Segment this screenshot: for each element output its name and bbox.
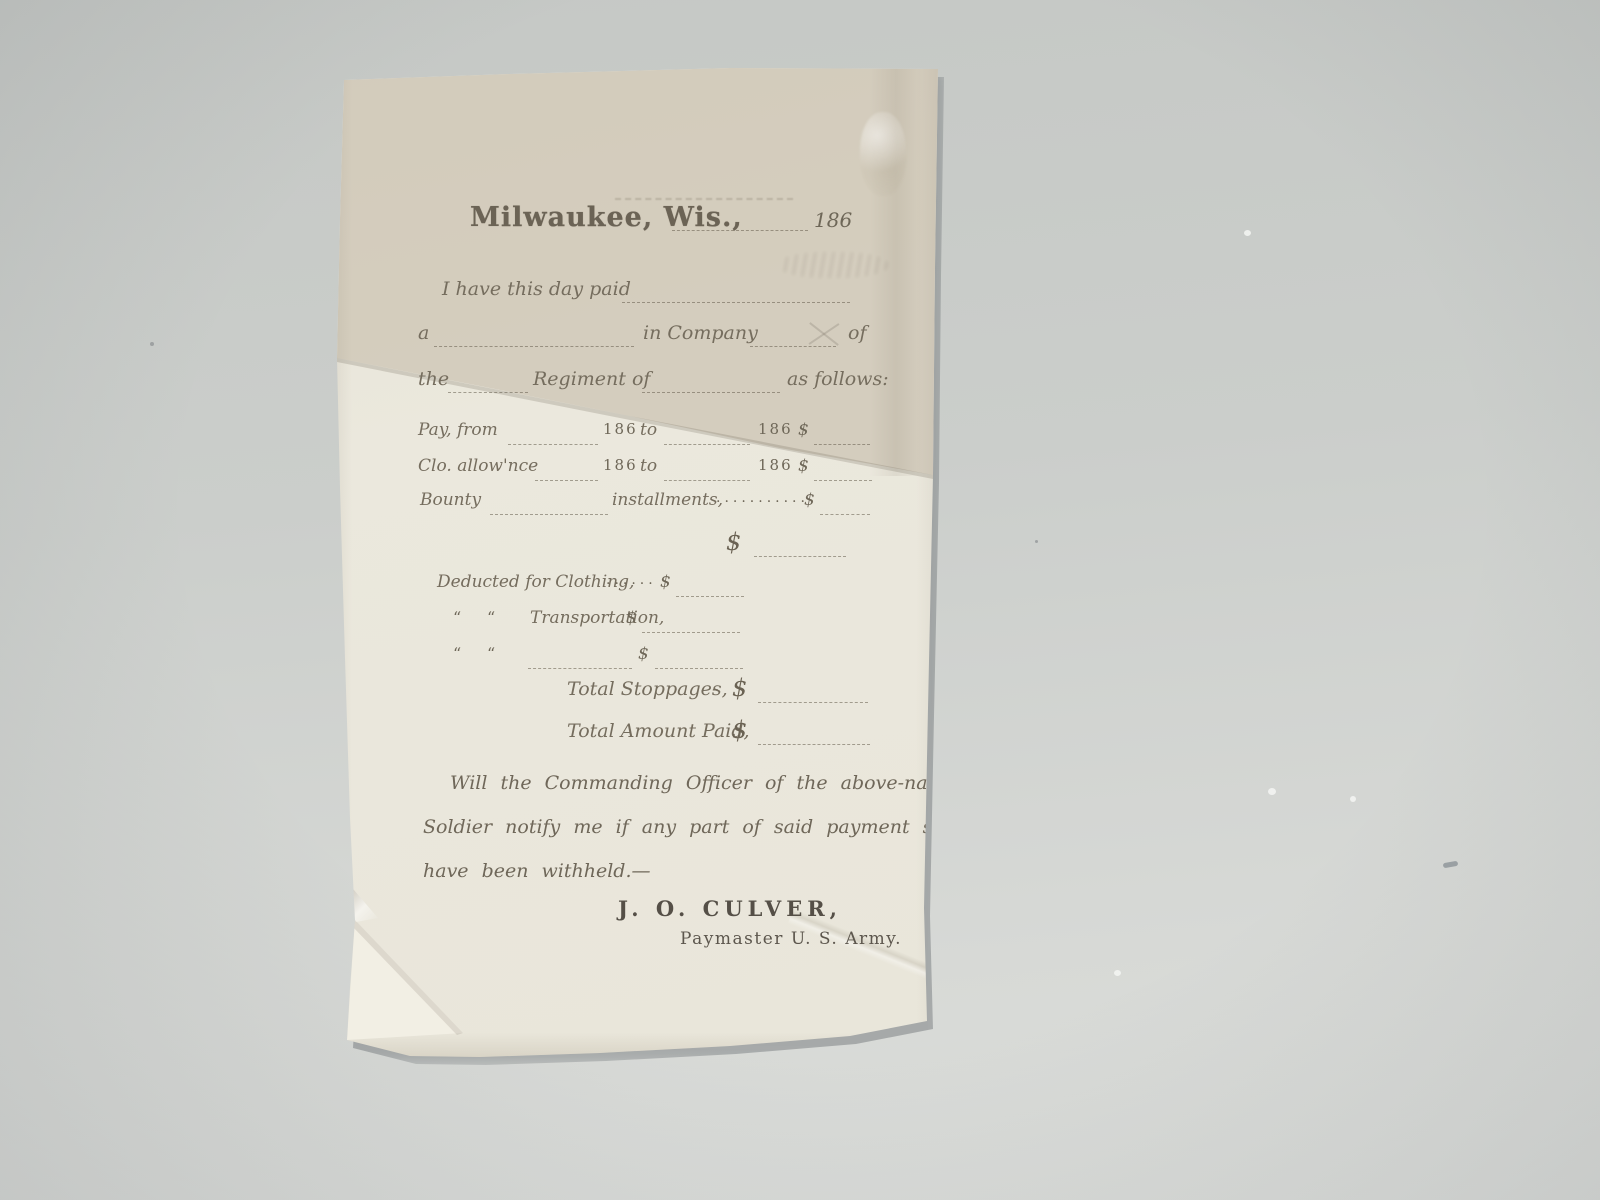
- clo-dollar-sign: $: [798, 456, 809, 476]
- surface-speck: [1350, 796, 1356, 802]
- deduct-other-row: “ “ $: [330, 644, 942, 672]
- total-paid-row: Total Amount Paid, $: [330, 720, 942, 748]
- deduct-other-label-blank: [528, 650, 632, 669]
- note-line-1: Will the Commanding Officer of the above…: [330, 772, 942, 800]
- transportation-blank: [642, 614, 740, 633]
- total-stoppages-row: Total Stoppages, - $: [330, 678, 942, 706]
- subtotal-amount-blank: [754, 538, 846, 557]
- deduct-clothing-dollar: $: [660, 572, 671, 592]
- deduct-transportation-row: “ “ Transportation, $: [330, 608, 942, 636]
- surface-speck: [1244, 230, 1251, 236]
- clo-from-blank: [535, 462, 598, 481]
- embossed-seal: [860, 112, 906, 196]
- ditto-mark: “: [487, 644, 495, 663]
- clothing-allowance-label: Clo. allow'nce: [418, 456, 538, 476]
- article-a: a: [418, 322, 429, 344]
- surface-speck: [1268, 788, 1276, 795]
- clothing-allowance-row: Clo. allow'nce 186 to 186 $: [330, 456, 942, 484]
- clo-amount-blank: [814, 462, 872, 481]
- bounty-dollar-sign: $: [804, 490, 815, 510]
- company-blank-line: [750, 328, 836, 347]
- surface-scratch: [1443, 861, 1459, 869]
- installments-label: installments,: [612, 490, 723, 510]
- as-follows-label: as follows:: [787, 368, 889, 390]
- rank-blank-line: [434, 328, 634, 347]
- deduct-other-blank: [655, 650, 743, 669]
- dateline-year: 186: [814, 208, 852, 232]
- pay-from-blank: [508, 426, 598, 445]
- note-text: Will the Commanding Officer of the above…: [450, 772, 969, 794]
- pay-row: Pay, from 186 to 186 $: [330, 420, 942, 448]
- ditto-mark: “: [487, 608, 495, 627]
- surface-speck: [150, 342, 154, 346]
- bounty-label: Bounty: [420, 490, 481, 510]
- ditto-mark: “: [453, 608, 461, 627]
- clo-to-blank: [664, 462, 750, 481]
- note-line-2: Soldier notify me if any part of said pa…: [330, 816, 942, 844]
- total-paid-blank: [758, 726, 870, 745]
- regiment-of-label: Regiment of: [533, 368, 650, 390]
- surface-speck: [1035, 540, 1038, 543]
- clo-year2: 186: [758, 456, 793, 474]
- note-text: have been withheld.—: [423, 860, 650, 882]
- bounty-amount-blank: [820, 496, 870, 515]
- subtotal-row: $: [330, 528, 942, 556]
- in-company-label: in Company: [643, 322, 758, 344]
- signature-name: J. O. CULVER,: [618, 896, 842, 921]
- pay-to-blank: [664, 426, 750, 445]
- signature-name-row: J. O. CULVER,: [330, 896, 942, 924]
- total-stoppages-dash: -: [712, 678, 718, 700]
- payee-blank-line: [622, 284, 850, 303]
- paid-to-row: I have this day paid: [330, 278, 942, 306]
- pay-year1: 186: [603, 420, 638, 438]
- signature-title: Paymaster U. S. Army.: [680, 929, 902, 949]
- ink-show-through: [778, 252, 888, 278]
- pay-amount-blank: [814, 426, 870, 445]
- regiment-number-blank: [448, 374, 528, 393]
- date-blank-line: [672, 212, 808, 231]
- dateline-row: Milwaukee, Wis., 186: [330, 208, 942, 236]
- deduct-clothing-blank: [676, 578, 744, 597]
- total-stoppages-dollar: $: [732, 674, 747, 702]
- pay-label: Pay, from: [418, 420, 498, 440]
- note-text: Soldier notify me if any part of said pa…: [423, 816, 987, 838]
- regiment-state-blank: [642, 374, 780, 393]
- total-paid-label: Total Amount Paid,: [567, 720, 750, 742]
- ditto-mark: “: [453, 644, 461, 663]
- subtotal-dollar-sign: $: [726, 528, 741, 556]
- transportation-dollar: $: [626, 608, 637, 628]
- pay-dollar-sign: $: [798, 420, 809, 440]
- pay-to-label: to: [640, 420, 657, 440]
- total-stoppages-blank: [758, 684, 868, 703]
- deduct-clothing-leaders: ......: [606, 572, 657, 588]
- note-line-3: have been withheld.—: [330, 860, 942, 888]
- bounty-leaders: ...........: [716, 490, 809, 506]
- company-row: a in Company of: [330, 322, 942, 350]
- the-label: the: [418, 368, 449, 390]
- bounty-blank: [490, 496, 608, 515]
- deduct-other-dollar: $: [638, 644, 649, 664]
- clo-year1: 186: [603, 456, 638, 474]
- pay-year2: 186: [758, 420, 793, 438]
- surface-speck: [1114, 970, 1121, 976]
- bounty-row: Bounty installments, ........... $: [330, 490, 942, 518]
- clo-to-label: to: [640, 456, 657, 476]
- of-label: of: [848, 322, 866, 344]
- regiment-row: the Regiment of as follows:: [330, 368, 942, 396]
- total-paid-dollar: $: [732, 716, 747, 744]
- total-stoppages-label: Total Stoppages,: [567, 678, 728, 700]
- ink-show-through-line: [615, 198, 793, 200]
- signature-title-row: Paymaster U. S. Army.: [330, 929, 942, 957]
- paid-label: I have this day paid: [442, 278, 631, 300]
- paymaster-receipt-document: Milwaukee, Wis., 186 I have this day pai…: [330, 58, 942, 1058]
- deduct-clothing-label: Deducted for Clothing,: [437, 572, 634, 592]
- deduct-clothing-row: Deducted for Clothing, ...... $: [330, 572, 942, 600]
